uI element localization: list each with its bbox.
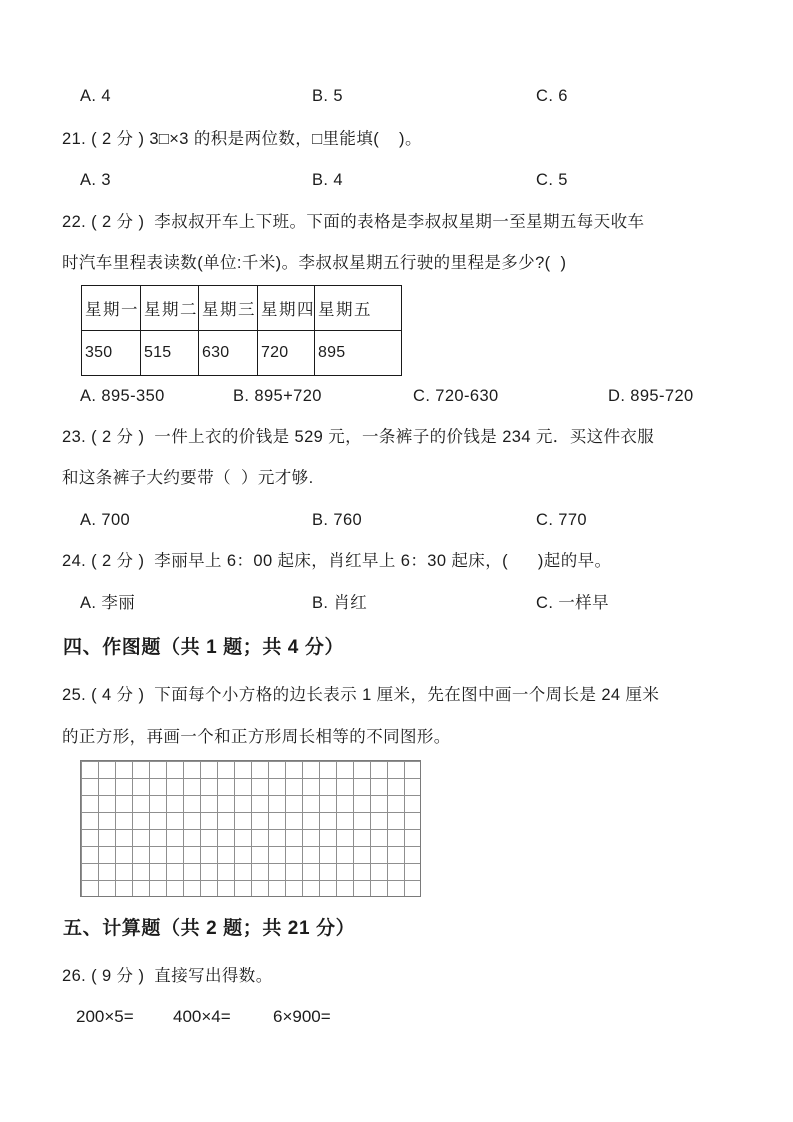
question-22-options-row: A. 895-350 B. 895+720 C. 720-630 D. 895-… xyxy=(0,386,793,408)
table-value-cell: 630 xyxy=(199,331,258,376)
table-value-cell: 895 xyxy=(315,331,402,376)
option-b: B. 5 xyxy=(312,86,343,107)
option-d: D. 895-720 xyxy=(608,386,694,407)
option-a: A. 4 xyxy=(80,86,111,107)
expression-2: 400×4= xyxy=(173,1006,231,1027)
expression-1: 200×5= xyxy=(76,1006,134,1027)
option-a: A. 895-350 xyxy=(80,386,165,407)
question-23-options-row: A. 700 B. 760 C. 770 xyxy=(0,510,793,532)
table-value-cell: 350 xyxy=(82,331,141,376)
option-c: C. 5 xyxy=(536,170,568,191)
option-b: B. 4 xyxy=(312,170,343,191)
question-23-text-line1: 23. ( 2 分 ) 一件上衣的价钱是 529 元，一条裤子的价钱是 234 … xyxy=(62,427,742,448)
question-24-options-row: A. 李丽 B. 肖红 C. 一样早 xyxy=(0,593,793,615)
section-5-heading: 五、计算题（共 2 题；共 21 分） xyxy=(63,913,355,940)
option-c: C. 6 xyxy=(536,86,568,107)
option-c: C. 720-630 xyxy=(413,386,499,407)
exam-paper-page: A. 4 B. 5 C. 6 21. ( 2 分 ) 3□×3 的积是两位数，□… xyxy=(0,0,793,1122)
question-23-text-line2: 和这条裤子大约要带（ ）元才够. xyxy=(62,468,742,489)
prev-question-options-row: A. 4 B. 5 C. 6 xyxy=(0,86,793,108)
table-header-cell: 星期二 xyxy=(141,286,199,331)
table-value-cell: 720 xyxy=(258,331,315,376)
question-25-text-line1: 25. ( 4 分 ) 下面每个小方格的边长表示 1 厘米，先在图中画一个周长是… xyxy=(62,685,742,706)
question-26-expressions-row: 200×5= 400×4= 6×900= xyxy=(0,1006,793,1028)
question-21-options-row: A. 3 B. 4 C. 5 xyxy=(0,170,793,192)
table-header-cell: 星期一 xyxy=(82,286,141,331)
table-value-cell: 515 xyxy=(141,331,199,376)
option-a: A. 3 xyxy=(80,170,111,191)
option-b: B. 肖红 xyxy=(312,593,367,614)
question-25-drawing-grid xyxy=(80,760,421,897)
question-22-mileage-table: 星期一 星期二 星期三 星期四 星期五 350 515 630 720 895 xyxy=(81,285,402,376)
question-22-text-line1: 22. ( 2 分 ) 李叔叔开车上下班。下面的表格是李叔叔星期一至星期五每天收… xyxy=(62,212,742,233)
option-a: A. 700 xyxy=(80,510,130,531)
question-24-text: 24. ( 2 分 ) 李丽早上 6：00 起床，肖红早上 6：30 起床，( … xyxy=(62,551,742,572)
table-header-cell: 星期三 xyxy=(199,286,258,331)
question-21-text: 21. ( 2 分 ) 3□×3 的积是两位数，□里能填( )。 xyxy=(62,129,742,150)
option-c: C. 770 xyxy=(536,510,587,531)
question-25-text-line2: 的正方形，再画一个和正方形周长相等的不同图形。 xyxy=(62,727,742,748)
question-26-text: 26. ( 9 分 ) 直接写出得数。 xyxy=(62,966,742,987)
option-b: B. 760 xyxy=(312,510,362,531)
expression-3: 6×900= xyxy=(273,1006,331,1027)
option-b: B. 895+720 xyxy=(233,386,322,407)
table-header-cell: 星期五 xyxy=(315,286,402,331)
option-a: A. 李丽 xyxy=(80,593,135,614)
table-header-cell: 星期四 xyxy=(258,286,315,331)
option-c: C. 一样早 xyxy=(536,593,609,614)
section-4-heading: 四、作图题（共 1 题；共 4 分） xyxy=(63,632,344,659)
question-22-text-line2: 时汽车里程表读数(单位:千米)。李叔叔星期五行驶的里程是多少?( ) xyxy=(62,253,742,274)
